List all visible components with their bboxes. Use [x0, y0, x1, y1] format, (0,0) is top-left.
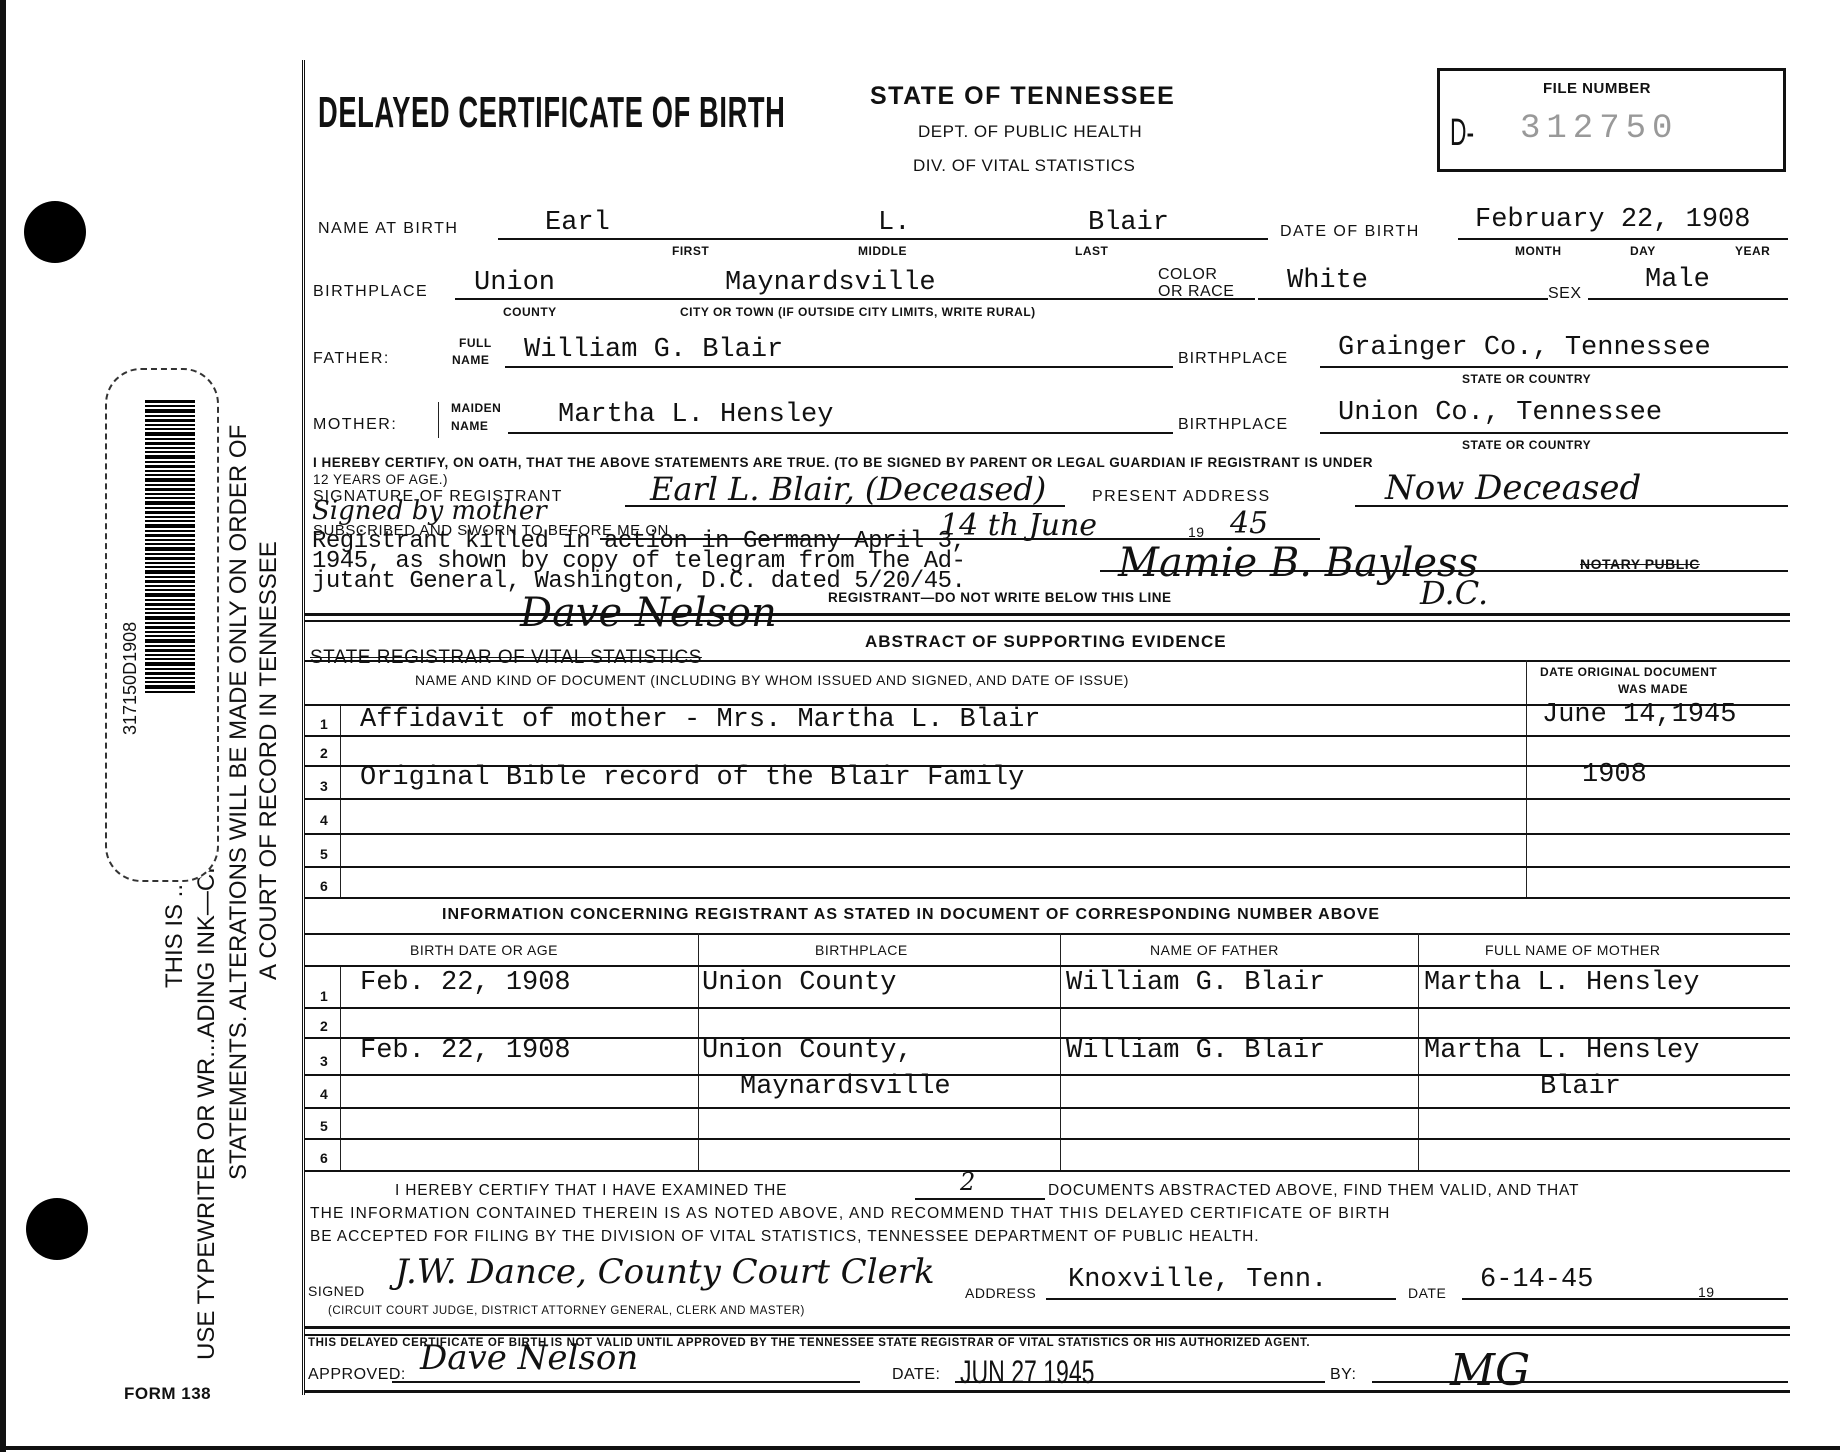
evidence-heading: ABSTRACT OF SUPPORTING EVIDENCE — [865, 632, 1227, 652]
father-birthplace-line — [1320, 366, 1788, 368]
by-line — [1372, 1381, 1788, 1383]
notary-label: NOTARY PUBLIC — [1580, 556, 1700, 572]
month-sublabel: MONTH — [1515, 244, 1562, 258]
info-father: William G. Blair — [1066, 1036, 1325, 1066]
scan-bottom-edge — [0, 1446, 1840, 1450]
cert-year-prefix: 19 — [1698, 1284, 1715, 1300]
file-number-prefix: D- — [1450, 112, 1474, 155]
first-sublabel: FIRST — [672, 244, 709, 258]
mother-name-sublabel: NAME — [451, 419, 488, 433]
row-number: 3 — [320, 778, 328, 794]
birthplace-line — [455, 298, 1255, 300]
barcode — [145, 400, 195, 695]
color-label: COLOR — [1158, 266, 1217, 284]
sex-value: Male — [1645, 265, 1710, 295]
info-mother: Martha L. Hensley — [1424, 1036, 1699, 1066]
row-number: 4 — [320, 1086, 328, 1102]
form-number: FORM 138 — [124, 1384, 211, 1404]
evidence-header-top-line — [305, 660, 1790, 662]
name-label: NAME AT BIRTH — [318, 220, 458, 238]
last-sublabel: LAST — [1075, 244, 1108, 258]
info-birthplace: Maynardsville — [740, 1072, 951, 1102]
scan-edge — [0, 0, 6, 1452]
barcode-number: 317150D1908 — [120, 622, 141, 735]
notary-suffix: D.C. — [1420, 574, 1488, 612]
signer-title-note: (CIRCUIT COURT JUDGE, DISTRICT ATTORNEY … — [328, 1305, 805, 1317]
present-address: Now Deceased — [1385, 468, 1641, 508]
color-line — [1258, 298, 1548, 300]
margin-notice-line-3: STATEMENTS. ALTERATIONS WILL BE MADE ONL… — [225, 425, 253, 1180]
father-label: FATHER: — [313, 350, 390, 368]
evidence-row-line — [305, 833, 1790, 835]
row-number: 3 — [320, 1053, 328, 1069]
evidence-col-date-line2: WAS MADE — [1618, 682, 1688, 696]
oath-age-note: 12 YEARS OF AGE.) — [313, 472, 448, 487]
father-name-sublabel: NAME — [452, 353, 489, 367]
date-of-birth: February 22, 1908 — [1475, 205, 1750, 235]
document-count: 2 — [960, 1168, 975, 1196]
sex-label: SEX — [1548, 285, 1582, 303]
row-number: 1 — [320, 988, 328, 1004]
mother-birthplace: Union Co., Tennessee — [1338, 398, 1662, 428]
dob-line — [1458, 238, 1788, 240]
day-sublabel: DAY — [1630, 244, 1656, 258]
birth-county: Union — [474, 268, 555, 298]
approval-divider-bottom — [305, 1334, 1790, 1336]
father-birthplace-label: BIRTHPLACE — [1178, 350, 1288, 368]
info-col-birthdate: BIRTH DATE OR AGE — [410, 942, 558, 958]
info-col-divider-1 — [698, 933, 699, 1170]
row-number: 2 — [320, 1018, 328, 1034]
division-name: DIV. OF VITAL STATISTICS — [913, 156, 1135, 176]
punch-hole-bottom — [26, 1198, 88, 1260]
row-number: 6 — [320, 878, 328, 894]
cert-date: 6-14-45 — [1480, 1265, 1593, 1295]
subscribed-year-prefix: 19 — [1188, 524, 1205, 540]
city-sublabel: CITY OR TOWN (IF OUTSIDE CITY LIMITS, WR… — [680, 305, 1036, 319]
father-name: William G. Blair — [524, 335, 783, 365]
info-col-divider-3 — [1418, 933, 1419, 1170]
info-col-father: NAME OF FATHER — [1150, 942, 1279, 958]
name-line — [498, 238, 1268, 240]
year-sublabel: YEAR — [1735, 244, 1770, 258]
present-address-label: PRESENT ADDRESS — [1092, 488, 1271, 506]
county-sublabel: COUNTY — [503, 305, 557, 319]
by-label: BY: — [1330, 1366, 1356, 1384]
registrar-signature: Dave Nelson — [520, 590, 777, 636]
info-birthplace: Union County, — [702, 1036, 913, 1066]
father-birthplace: Grainger Co., Tennessee — [1338, 333, 1711, 363]
mother-birthplace-line — [1320, 432, 1788, 434]
info-row-line — [305, 1007, 1790, 1009]
typed-note-line-3: jutant General, Washington, D.C. dated 5… — [312, 572, 965, 592]
middle-sublabel: MIDDLE — [858, 244, 907, 258]
evidence-date: 1908 — [1582, 760, 1647, 790]
row-number: 5 — [320, 1118, 328, 1134]
info-birthdate: Feb. 22, 1908 — [360, 1036, 571, 1066]
info-mother: Blair — [1540, 1072, 1621, 1102]
info-father: William G. Blair — [1066, 968, 1325, 998]
mother-birthplace-label: BIRTHPLACE — [1178, 416, 1288, 434]
certify-line-3: BE ACCEPTED FOR FILING BY THE DIVISION O… — [310, 1228, 1259, 1246]
approved-signature: Dave Nelson — [420, 1338, 638, 1378]
evidence-col-document: NAME AND KIND OF DOCUMENT (INCLUDING BY … — [415, 672, 1129, 688]
color-race: White — [1287, 266, 1368, 296]
father-full-sublabel: FULL — [459, 336, 492, 350]
certify-line-1b: DOCUMENTS ABSTRACTED ABOVE, FIND THEM VA… — [1048, 1182, 1579, 1200]
mother-name-line — [508, 432, 1173, 434]
evidence-row-line — [305, 866, 1790, 868]
form-bottom-border — [305, 1390, 1790, 1393]
information-heading: INFORMATION CONCERNING REGISTRANT AS STA… — [442, 906, 1380, 924]
info-row-line — [305, 1138, 1790, 1140]
evidence-row-line — [305, 798, 1790, 800]
info-col-mother: FULL NAME OF MOTHER — [1485, 942, 1660, 958]
race-label: OR RACE — [1158, 283, 1234, 301]
punch-hole-top — [24, 201, 86, 263]
clerk-address: Knoxville, Tenn. — [1068, 1265, 1327, 1295]
registrant-signature: Earl L. Blair, (Deceased) — [650, 470, 1046, 508]
mother-birthplace-sublabel: STATE OR COUNTRY — [1462, 438, 1591, 452]
approval-date-label: DATE: — [892, 1366, 940, 1384]
evidence-date: June 14,1945 — [1542, 700, 1736, 730]
approval-date: JUN 27 1945 — [960, 1354, 1094, 1391]
certify-line-2: THE INFORMATION CONTAINED THEREIN IS AS … — [310, 1205, 1391, 1223]
info-col-divider-2 — [1060, 933, 1061, 1170]
clerk-address-line — [1046, 1298, 1396, 1300]
info-row-line — [305, 965, 1790, 967]
cert-date-line — [1462, 1298, 1788, 1300]
department-name: DEPT. OF PUBLIC HEALTH — [918, 122, 1142, 142]
sex-line — [1588, 298, 1788, 300]
info-row-line — [305, 1170, 1790, 1172]
info-birthplace: Union County — [702, 968, 896, 998]
row-number: 2 — [320, 745, 328, 761]
info-mother: Martha L. Hensley — [1424, 968, 1699, 998]
info-birthdate: Feb. 22, 1908 — [360, 968, 571, 998]
last-name: Blair — [1088, 208, 1169, 238]
evidence-col-divider — [1526, 660, 1527, 898]
row-number: 5 — [320, 846, 328, 862]
evidence-document: Affidavit of mother - Mrs. Martha L. Bla… — [360, 705, 1041, 735]
evidence-col-date-line1: DATE ORIGINAL DOCUMENT — [1540, 665, 1717, 679]
form-left-border — [302, 60, 305, 1395]
middle-name: L. — [878, 208, 910, 238]
father-birthplace-sublabel: STATE OR COUNTRY — [1462, 372, 1591, 386]
do-not-write-notice: REGISTRANT—DO NOT WRITE BELOW THIS LINE — [828, 590, 1172, 605]
address-label: ADDRESS — [965, 1285, 1036, 1301]
by-initials: MG — [1450, 1345, 1530, 1396]
state-registrar-label: STATE REGISTRAR OF VITAL STATISTICS — [310, 647, 702, 669]
subscribed-year-suffix: 45 — [1230, 506, 1268, 541]
evidence-row-line — [305, 897, 1790, 899]
row-number: 4 — [320, 812, 328, 828]
document-count-line — [915, 1198, 1045, 1200]
info-col-birthplace: BIRTHPLACE — [815, 942, 908, 958]
cert-date-label: DATE — [1408, 1285, 1446, 1301]
document-title: DELAYED CERTIFICATE OF BIRTH — [318, 88, 785, 138]
oath-statement: I HEREBY CERTIFY, ON OATH, THAT THE ABOV… — [313, 455, 1373, 470]
evidence-document: Original Bible record of the Blair Famil… — [360, 763, 1024, 793]
evidence-row-line — [305, 735, 1790, 737]
info-header-top-line — [305, 933, 1790, 935]
state-name: STATE OF TENNESSEE — [870, 82, 1175, 111]
margin-notice-line-4: A COURT OF RECORD IN TENNESSEE — [255, 541, 283, 980]
file-number-label: FILE NUMBER — [1543, 80, 1651, 97]
mother-divider — [438, 402, 439, 438]
info-row-line — [305, 1107, 1790, 1109]
birthplace-label: BIRTHPLACE — [313, 283, 428, 301]
row-number: 1 — [320, 716, 328, 732]
signed-label: SIGNED — [308, 1283, 365, 1299]
approval-divider-top — [305, 1326, 1790, 1329]
row-number: 6 — [320, 1150, 328, 1166]
first-name: Earl — [545, 208, 610, 238]
evidence-num-divider — [340, 704, 341, 898]
certify-line-1a: I HEREBY CERTIFY THAT I HAVE EXAMINED TH… — [395, 1182, 787, 1200]
birth-city: Maynardsville — [725, 268, 936, 298]
file-number-value: 312750 — [1520, 110, 1678, 148]
approved-line — [392, 1381, 860, 1383]
mother-maiden-sublabel: MAIDEN — [451, 401, 501, 415]
mother-name: Martha L. Hensley — [558, 400, 833, 430]
father-name-line — [505, 366, 1173, 368]
mother-label: MOTHER: — [313, 416, 397, 434]
clerk-signature: J.W. Dance, County Court Clerk — [395, 1252, 935, 1292]
dob-label: DATE OF BIRTH — [1280, 223, 1420, 241]
